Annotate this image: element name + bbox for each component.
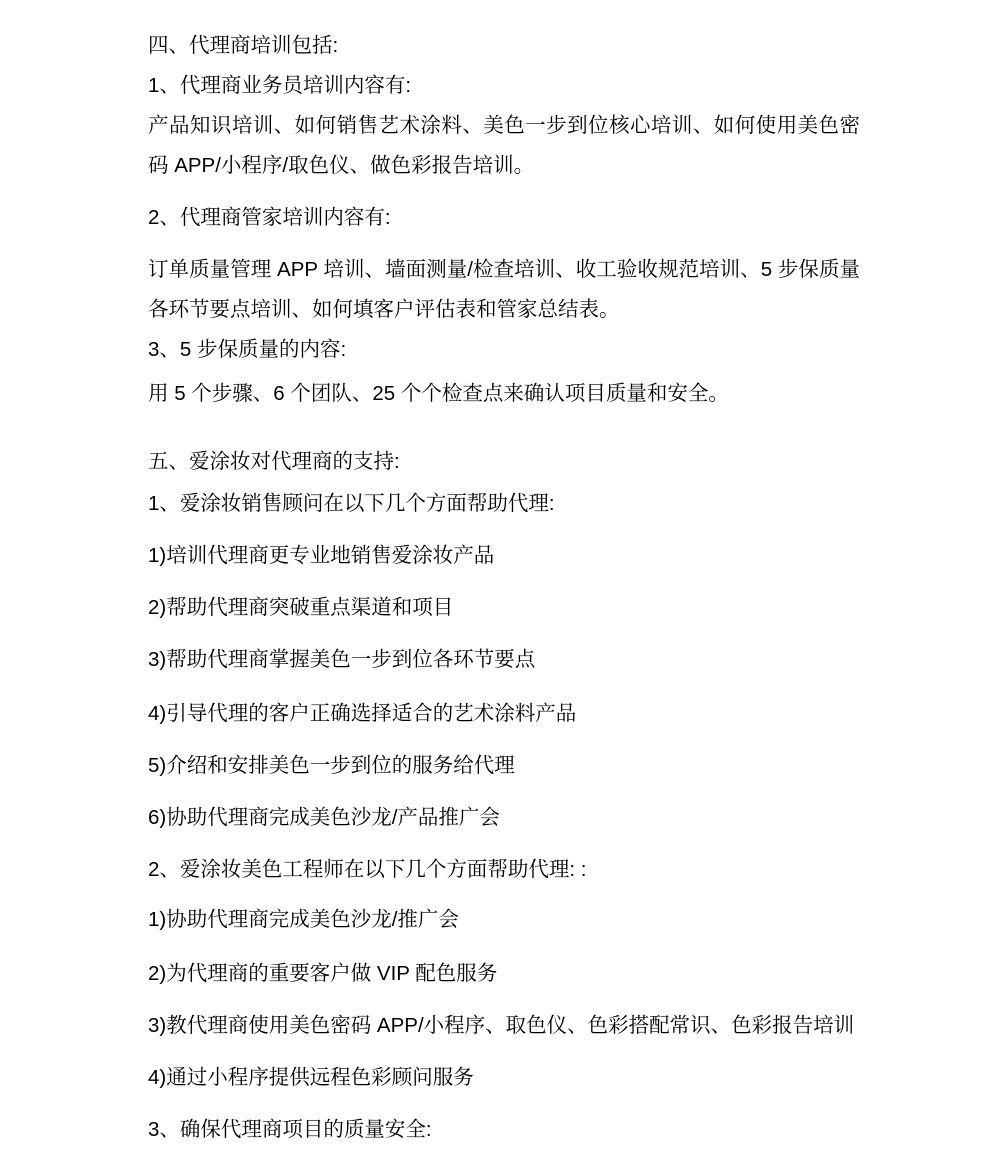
document-page: 四、代理商培训包括: 1、代理商业务员培训内容有: 产品知识培训、如何销售艺术涂… [0,0,1000,1172]
document-body: 四、代理商培训包括: 1、代理商业务员培训内容有: 产品知识培训、如何销售艺术涂… [0,0,1000,1150]
engineer-support-4: 4)通过小程序提供远程色彩顾问服务 [148,1058,860,1098]
consultant-support-1: 1)培训代理商更专业地销售爱涂妆产品 [148,536,860,576]
item-2-butler-training-heading: 2、代理商管家培训内容有: [148,198,860,238]
item-3-quality-safety-heading: 3、确保代理商项目的质量安全: [148,1110,860,1150]
item-2-color-engineer-heading: 2、爱涂妆美色工程师在以下几个方面帮助代理: : [148,850,860,890]
engineer-support-2: 2)为代理商的重要客户做 VIP 配色服务 [148,954,860,994]
butler-training-content: 订单质量管理 APP 培训、墙面测量/检查培训、收工验收规范培训、5 步保质量各… [148,250,860,330]
engineer-support-1: 1)协助代理商完成美色沙龙/推广会 [148,900,860,940]
consultant-support-3: 3)帮助代理商掌握美色一步到位各环节要点 [148,640,860,680]
section-4-heading: 四、代理商培训包括: [148,26,860,66]
item-3-five-step-heading: 3、5 步保质量的内容: [148,330,860,370]
consultant-support-2: 2)帮助代理商突破重点渠道和项目 [148,588,860,628]
section-5-heading: 五、爱涂妆对代理商的支持: [148,442,860,482]
item-1-sales-consultant-heading: 1、爱涂妆销售顾问在以下几个方面帮助代理: [148,484,860,524]
engineer-support-3: 3)教代理商使用美色密码 APP/小程序、取色仪、色彩搭配常识、色彩报告培训 [148,1006,860,1046]
item-1-salesperson-training-heading: 1、代理商业务员培训内容有: [148,66,860,106]
salesperson-training-content: 产品知识培训、如何销售艺术涂料、美色一步到位核心培训、如何使用美色密码 APP/… [148,106,860,186]
five-step-content: 用 5 个步骤、6 个团队、25 个个检查点来确认项目质量和安全。 [148,374,860,414]
consultant-support-4: 4)引导代理的客户正确选择适合的艺术涂料产品 [148,694,860,734]
consultant-support-5: 5)介绍和安排美色一步到位的服务给代理 [148,746,860,786]
consultant-support-6: 6)协助代理商完成美色沙龙/产品推广会 [148,798,860,838]
